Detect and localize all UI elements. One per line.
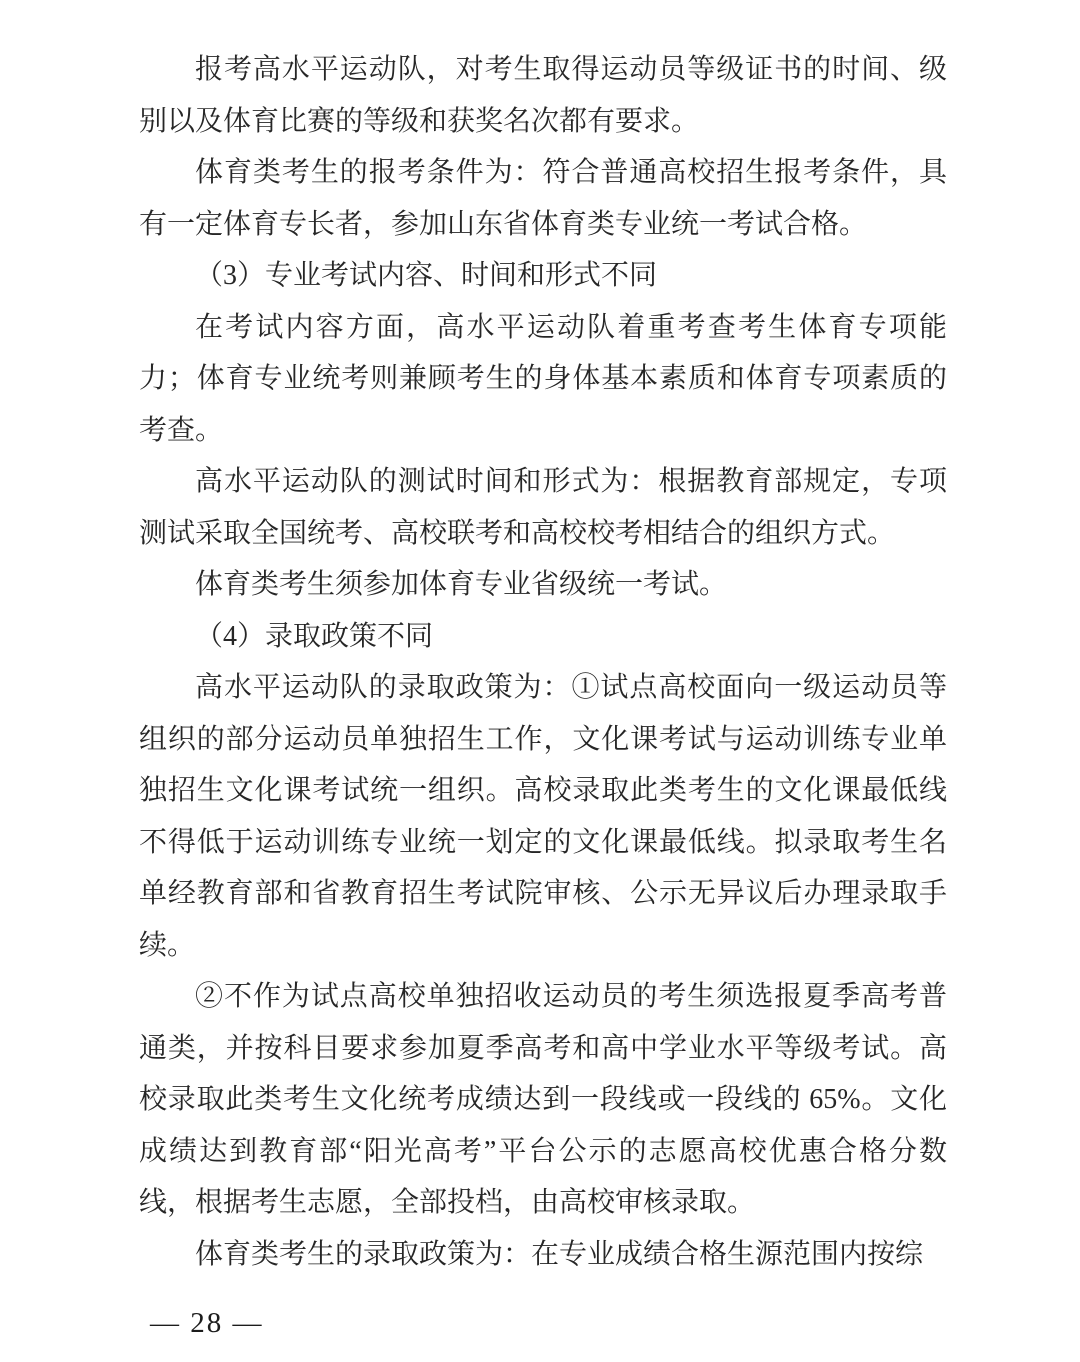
document-body: 报考高水平运动队，对考生取得运动员等级证书的时间、级别以及体育比赛的等级和获奖名… (139, 44, 947, 1280)
body-paragraph: 高水平运动队的测试时间和形式为：根据教育部规定，专项测试采取全国统考、高校联考和… (139, 456, 947, 559)
body-paragraph: 高水平运动队的录取政策为：①试点高校面向一级运动员等组织的部分运动员单独招生工作… (139, 662, 947, 971)
body-paragraph: 在考试内容方面，高水平运动队着重考查考生体育专项能力；体育专业统考则兼顾考生的身… (139, 302, 947, 457)
body-paragraph: ②不作为试点高校单独招收运动员的考生须选报夏季高考普通类，并按科目要求参加夏季高… (139, 971, 947, 1229)
page-footer: — 28 — (150, 1303, 264, 1343)
body-paragraph: 报考高水平运动队，对考生取得运动员等级证书的时间、级别以及体育比赛的等级和获奖名… (139, 44, 947, 147)
body-paragraph: 体育类考生的报考条件为：符合普通高校招生报考条件，具有一定体育专长者，参加山东省… (139, 147, 947, 250)
document-page: 报考高水平运动队，对考生取得运动员等级证书的时间、级别以及体育比赛的等级和获奖名… (0, 0, 1080, 1362)
body-paragraph: 体育类考生的录取政策为：在专业成绩合格生源范围内按综 (139, 1229, 947, 1281)
section-heading: （3）专业考试内容、时间和形式不同 (139, 250, 947, 302)
page-number: — 28 — (150, 1307, 264, 1339)
section-heading: （4）录取政策不同 (139, 611, 947, 663)
body-paragraph: 体育类考生须参加体育专业省级统一考试。 (139, 559, 947, 611)
